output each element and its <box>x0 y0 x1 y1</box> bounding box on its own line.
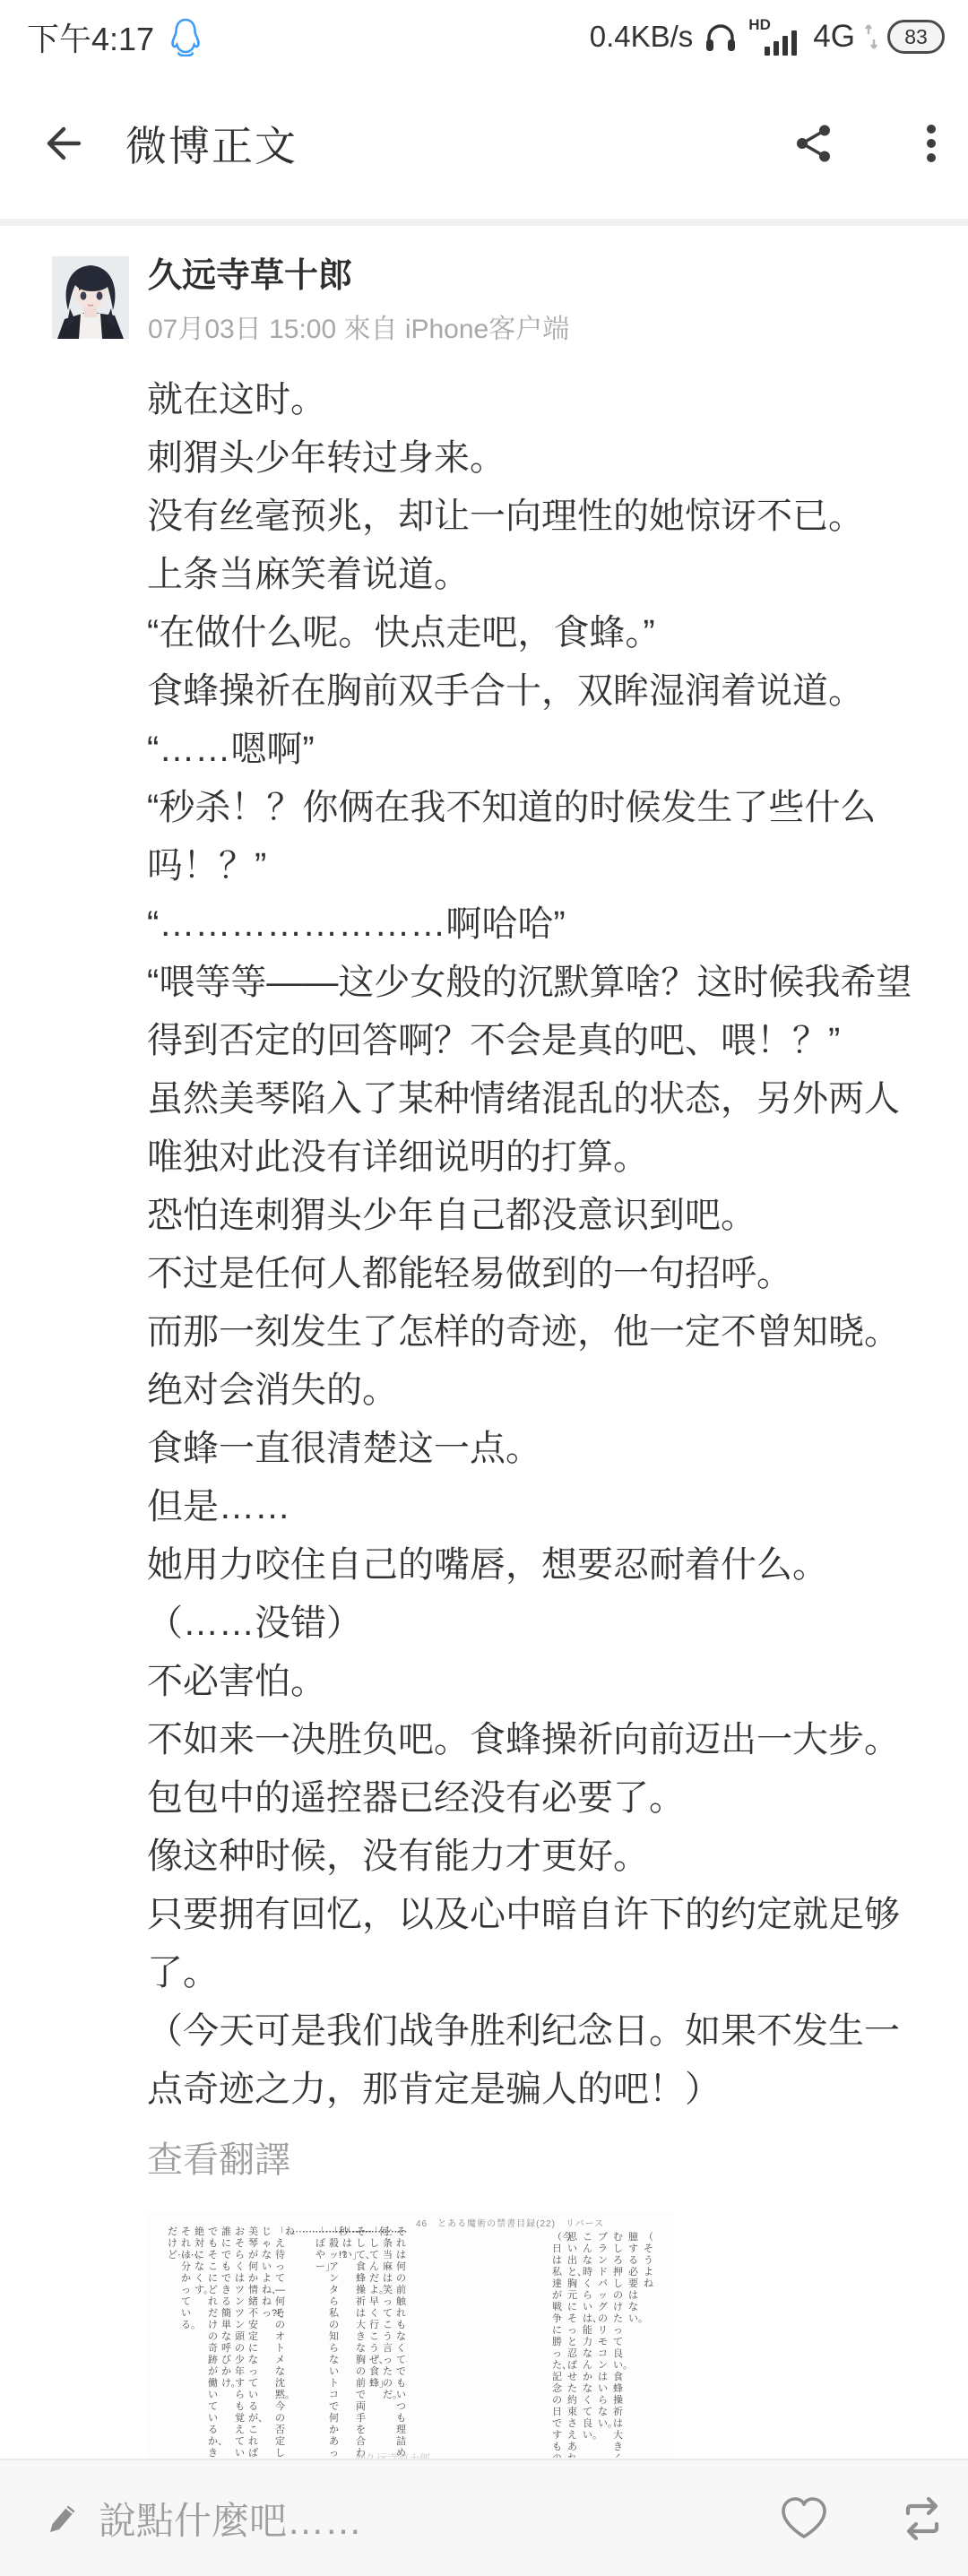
book-column: 臆する必要はない。 <box>628 2232 639 2458</box>
book-column: 美琴が何か情緒不安定になっているが、こればかりは細かく説明するつもりはない。 <box>248 2226 259 2459</box>
qq-penguin-icon <box>169 17 203 56</box>
book-column: それは何の前触れもなくて、でも、いつも理詰めの彼女を驚かせてくれた。 <box>396 2226 407 2459</box>
post-text-line: 点奇迹之力，那肯定是骗人的吧！） <box>147 2061 923 2119</box>
share-button[interactable] <box>792 121 837 166</box>
post-text-line: 而那一刻发生了怎样的奇迹，他一定不曾知晓。 <box>147 1303 923 1361</box>
book-column: （⋯⋯そうよね） <box>644 2232 654 2458</box>
post-text-line: 刺猬头少年转过身来。 <box>147 429 923 488</box>
post-text-line: 绝对会消失的。 <box>147 1361 923 1420</box>
post-username[interactable]: 久远寺草十郎 <box>148 256 569 296</box>
book-column: 「⋯⋯⋯⋯ぽやー」 <box>315 2226 326 2459</box>
book-column: 「何してんだよ。早く行こうぜ、食蜂」 <box>369 2226 380 2459</box>
nav-header: 微博正文 <box>0 68 968 219</box>
book-column: じゃないよね、ねっ?!」 <box>262 2226 272 2459</box>
post-text-line: （……没错） <box>147 1595 923 1653</box>
post-text-line: 像这种时候，没有能力才更好。 <box>147 1828 923 1886</box>
book-page-header: 46 とある魔術の禁書目録(22) リバース <box>416 2216 604 2229</box>
post-text-line: “喂等等——这少女般的沉默算啥？这时候我希望 <box>147 954 923 1012</box>
post-text-line: 只要拥有回忆，以及心中暗自许下的约定就足够 <box>147 1886 923 1944</box>
post-text-line: （今天可是我们战争胜利纪念日。如果不发生一 <box>147 2002 923 2061</box>
book-column: 「ねえ待って—何そのオトメな沈黙。今の否定してほしかったところよ？ まさかマジ <box>275 2226 286 2459</box>
post-text-line: “……………………啊哈哈” <box>147 895 923 954</box>
book-column: むしろ押しのけたって良い。食蜂操祈は大きく前へ一歩踏み出す。 <box>613 2232 624 2458</box>
signal-bars-icon: HD <box>748 16 804 57</box>
book-column: こんな時くらいは、能力なんかなくて良い。 <box>583 2232 593 2458</box>
post-text-line: 唯独对此没有详细说明的打算。 <box>147 1128 923 1187</box>
post-text-line: 没有丝毫预兆，却让一向理性的她惊讶不已。 <box>147 488 923 546</box>
book-column: ⋯⋯⋯⋯⋯⋯⋯⋯⋯⋯⋯⋯⋯⋯ <box>289 2226 299 2459</box>
comment-input[interactable]: 說點什麼吧…… <box>99 2492 362 2546</box>
more-menu-button[interactable] <box>921 121 941 166</box>
book-column: （今日は私達が戦争に勝った、記念の日ですもの。奇跡力の一つくらいものよねぇー） <box>552 2232 563 2458</box>
book-column: ⋯⋯⋯⋯⋯⋯⋯⋯⋯⋯⋯⋯⋯⋯ <box>302 2226 313 2459</box>
post-text-line: 不过是任何人都能轻易做到的一句招呼。 <box>147 1245 923 1303</box>
post-text-line: 了。 <box>147 1944 923 2002</box>
post-text-line: 上条当麻笑着说道。 <box>147 546 923 604</box>
network-activity-arrows-icon <box>864 22 878 52</box>
book-column: そして、食蜂操祈は大きな胸の前で両手を合わせると、潤んだ瞳でこう言った。 <box>356 2226 367 2459</box>
attached-book-photo[interactable]: 46 とある魔術の禁書目録(22) リバース それは何の前触れもなくて、でも、い… <box>147 2212 674 2470</box>
header-divider <box>0 219 968 226</box>
post-text-line: 不如来一决胜负吧。食蜂操祈向前迈出一大步。 <box>147 1711 923 1769</box>
post-text-line: 就在这时。 <box>147 371 923 429</box>
comment-bar: 說點什麼吧…… <box>0 2459 968 2576</box>
book-column: 「⋯⋯はい」 <box>342 2226 353 2459</box>
post-text-line: 包包中的遥控器已经没有必要了。 <box>147 1769 923 1828</box>
page-title: 微博正文 <box>125 114 298 173</box>
clock-time: 下午4:17 <box>27 14 154 60</box>
book-column: ブランドバッグのリモコンはいらない。 <box>598 2232 609 2458</box>
book-column: おそらくはツンツン頭の少年すらも覚えていないだろう。 <box>235 2226 246 2459</box>
book-left-page: それは何の前触れもなくて、でも、いつも理詰めの彼女を驚かせてくれた。上条当麻は笑… <box>160 2226 407 2459</box>
post-text-line: 虽然美琴陷入了某种情绪混乱的状态，另外两人 <box>147 1070 923 1128</box>
book-column: 絶対になくす。 <box>194 2226 205 2459</box>
book-column: でもそこにどれだけの奇跡が働いているか、きっと少年は知らない。 <box>208 2226 219 2459</box>
post-text-line: 吗！？” <box>147 837 923 895</box>
book-right-page: （⋯⋯そうよね）臆する必要はない。むしろ押しのけたって良い。食蜂操祈は大きく前へ… <box>547 2232 654 2458</box>
battery-percent: 83 <box>904 25 928 49</box>
post-text: 就在这时。刺猬头少年转过身来。没有丝毫预兆，却让一向理性的她惊讶不已。上条当麻笑… <box>147 371 923 2119</box>
book-column: 誰にでもできる簡単な呼びかけ。 <box>221 2226 232 2459</box>
post-text-line: 食蜂一直很清楚这一点。 <box>147 1420 923 1478</box>
book-column: 「秒殺ッ!? アンタら私の知らないトコで何かあったのか!?」 <box>329 2226 340 2459</box>
post-text-line: 恐怕连刺猬头少年自己都没意识到吧。 <box>147 1187 923 1245</box>
post-text-line: 但是…… <box>147 1478 923 1536</box>
headset-icon <box>702 18 739 56</box>
status-bar: 下午4:17 0.4KB/s HD <box>0 0 968 68</box>
avatar[interactable] <box>52 256 129 339</box>
post-text-line: 得到否定的回答啊？不会是真的吧、喂！？” <box>147 1012 923 1070</box>
network-speed: 0.4KB/s <box>590 20 694 54</box>
post-user-row: 久远寺草十郎 07月03日 15:00 來自 iPhone客户端 <box>52 256 916 346</box>
back-button[interactable] <box>39 121 84 166</box>
post-text-line: 食蜂操祈在胸前双手合十，双眸湿润着说道。 <box>147 662 923 721</box>
book-column: それは分かっている。 <box>181 2226 192 2459</box>
post-timestamp-source: 07月03日 15:00 來自 iPhone客户端 <box>148 307 569 346</box>
post-text-line: “在做什么呢。快点走吧，食蜂。” <box>147 604 923 662</box>
pencil-icon <box>47 2503 79 2535</box>
book-column: だけど⋯⋯。 <box>168 2226 178 2459</box>
post-text-line: “……嗯啊” <box>147 721 923 779</box>
post-text-line: “秒杀！？你俩在我不知道的时候发生了些什么 <box>147 779 923 837</box>
book-column: 上条当麻は笑ってこう言ったのだ。 <box>383 2226 393 2459</box>
post-text-line: 不必害怕。 <box>147 1653 923 1711</box>
like-button[interactable] <box>778 2494 830 2543</box>
post-text-line: 她用力咬住自己的嘴唇，想要忍耐着什么。 <box>147 1536 923 1595</box>
battery-indicator: 83 <box>887 20 945 54</box>
network-type-label: 4G <box>813 19 855 55</box>
repost-button[interactable] <box>896 2494 948 2543</box>
view-translation-link[interactable]: 查看翻譯 <box>147 2133 290 2187</box>
book-column: 思い出と、胸元にそっと忍ばせた約束さえあれば。 <box>567 2232 578 2458</box>
